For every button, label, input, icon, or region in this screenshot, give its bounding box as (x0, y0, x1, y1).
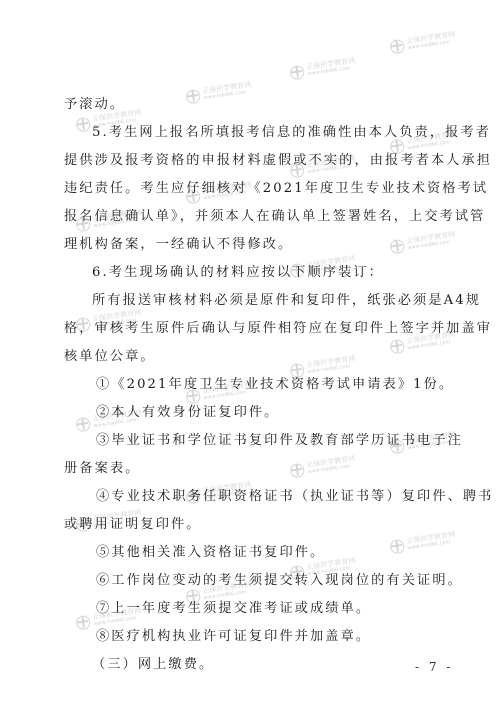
text-line: 违纪责任。考生应仔细核对《2021年度卫生专业技术资格考试 (64, 181, 404, 197)
text-line: 提供涉及报考资格的申报材料虚假或不实的，由报考者本人承担 (64, 153, 404, 169)
list-item: ②本人有效身份证复印件。 (96, 405, 436, 421)
watermark-icon (389, 39, 405, 55)
text-line: 予滚动。 (64, 97, 404, 113)
watermark-icon (75, 615, 91, 631)
section-heading: （三）网上缴费。 (92, 657, 432, 673)
text-line: 或聘用证明复印件。 (64, 517, 404, 533)
document-page: 正保医学教育网www.med66.com 正保医学教育网www.med66.co… (0, 0, 502, 719)
text-line: 6.考生现场确认的材料应按以下顺序装订： (92, 265, 432, 281)
watermark-logo: 正保医学教育网www.med66.com (289, 57, 356, 80)
list-item: ③毕业证书和学位证书复印件及教育部学历证书电子注 (96, 433, 436, 449)
text-line: 核单位公章。 (64, 349, 404, 365)
watermark-logo: 正保医学教育网www.med66.com (389, 31, 456, 54)
list-item: ⑧医疗机构执业许可证复印件并加盖章。 (96, 629, 436, 645)
list-item: ⑤其他相关准入资格证书复印件。 (96, 545, 436, 561)
watermark-icon (75, 417, 91, 433)
list-item: ①《2021年度卫生专业技术资格考试申请表》1份。 (96, 377, 436, 393)
page-number: - 7 - (415, 660, 453, 674)
list-item: ⑦上一年度考生须提交准考证或成绩单。 (96, 601, 436, 617)
list-item: ④专业技术职务任职资格证书（执业证书等）复印件、聘书 (96, 489, 436, 505)
text-line: 册备案表。 (64, 461, 404, 477)
list-item: ⑥工作岗位变动的考生须提交转入现岗位的有关证明。 (96, 573, 436, 589)
watermark-icon (75, 117, 91, 133)
text-line: 报名信息确认单》，并须本人在确认单上签署姓名，上交考试管 (64, 209, 404, 225)
text-line: 格，审核考生原件后确认与原件相符应在复印件上签字并加盖审 (64, 321, 404, 337)
text-line: 5.考生网上报名所填报考信息的准确性由本人负责，报考者 (92, 125, 432, 141)
watermark-icon (289, 65, 305, 81)
text-line: 所有报送审核材料必须是原件和复印件，纸张必须是A4规 (92, 293, 432, 309)
text-line: 理机构备案，一经确认不得修改。 (64, 237, 404, 253)
